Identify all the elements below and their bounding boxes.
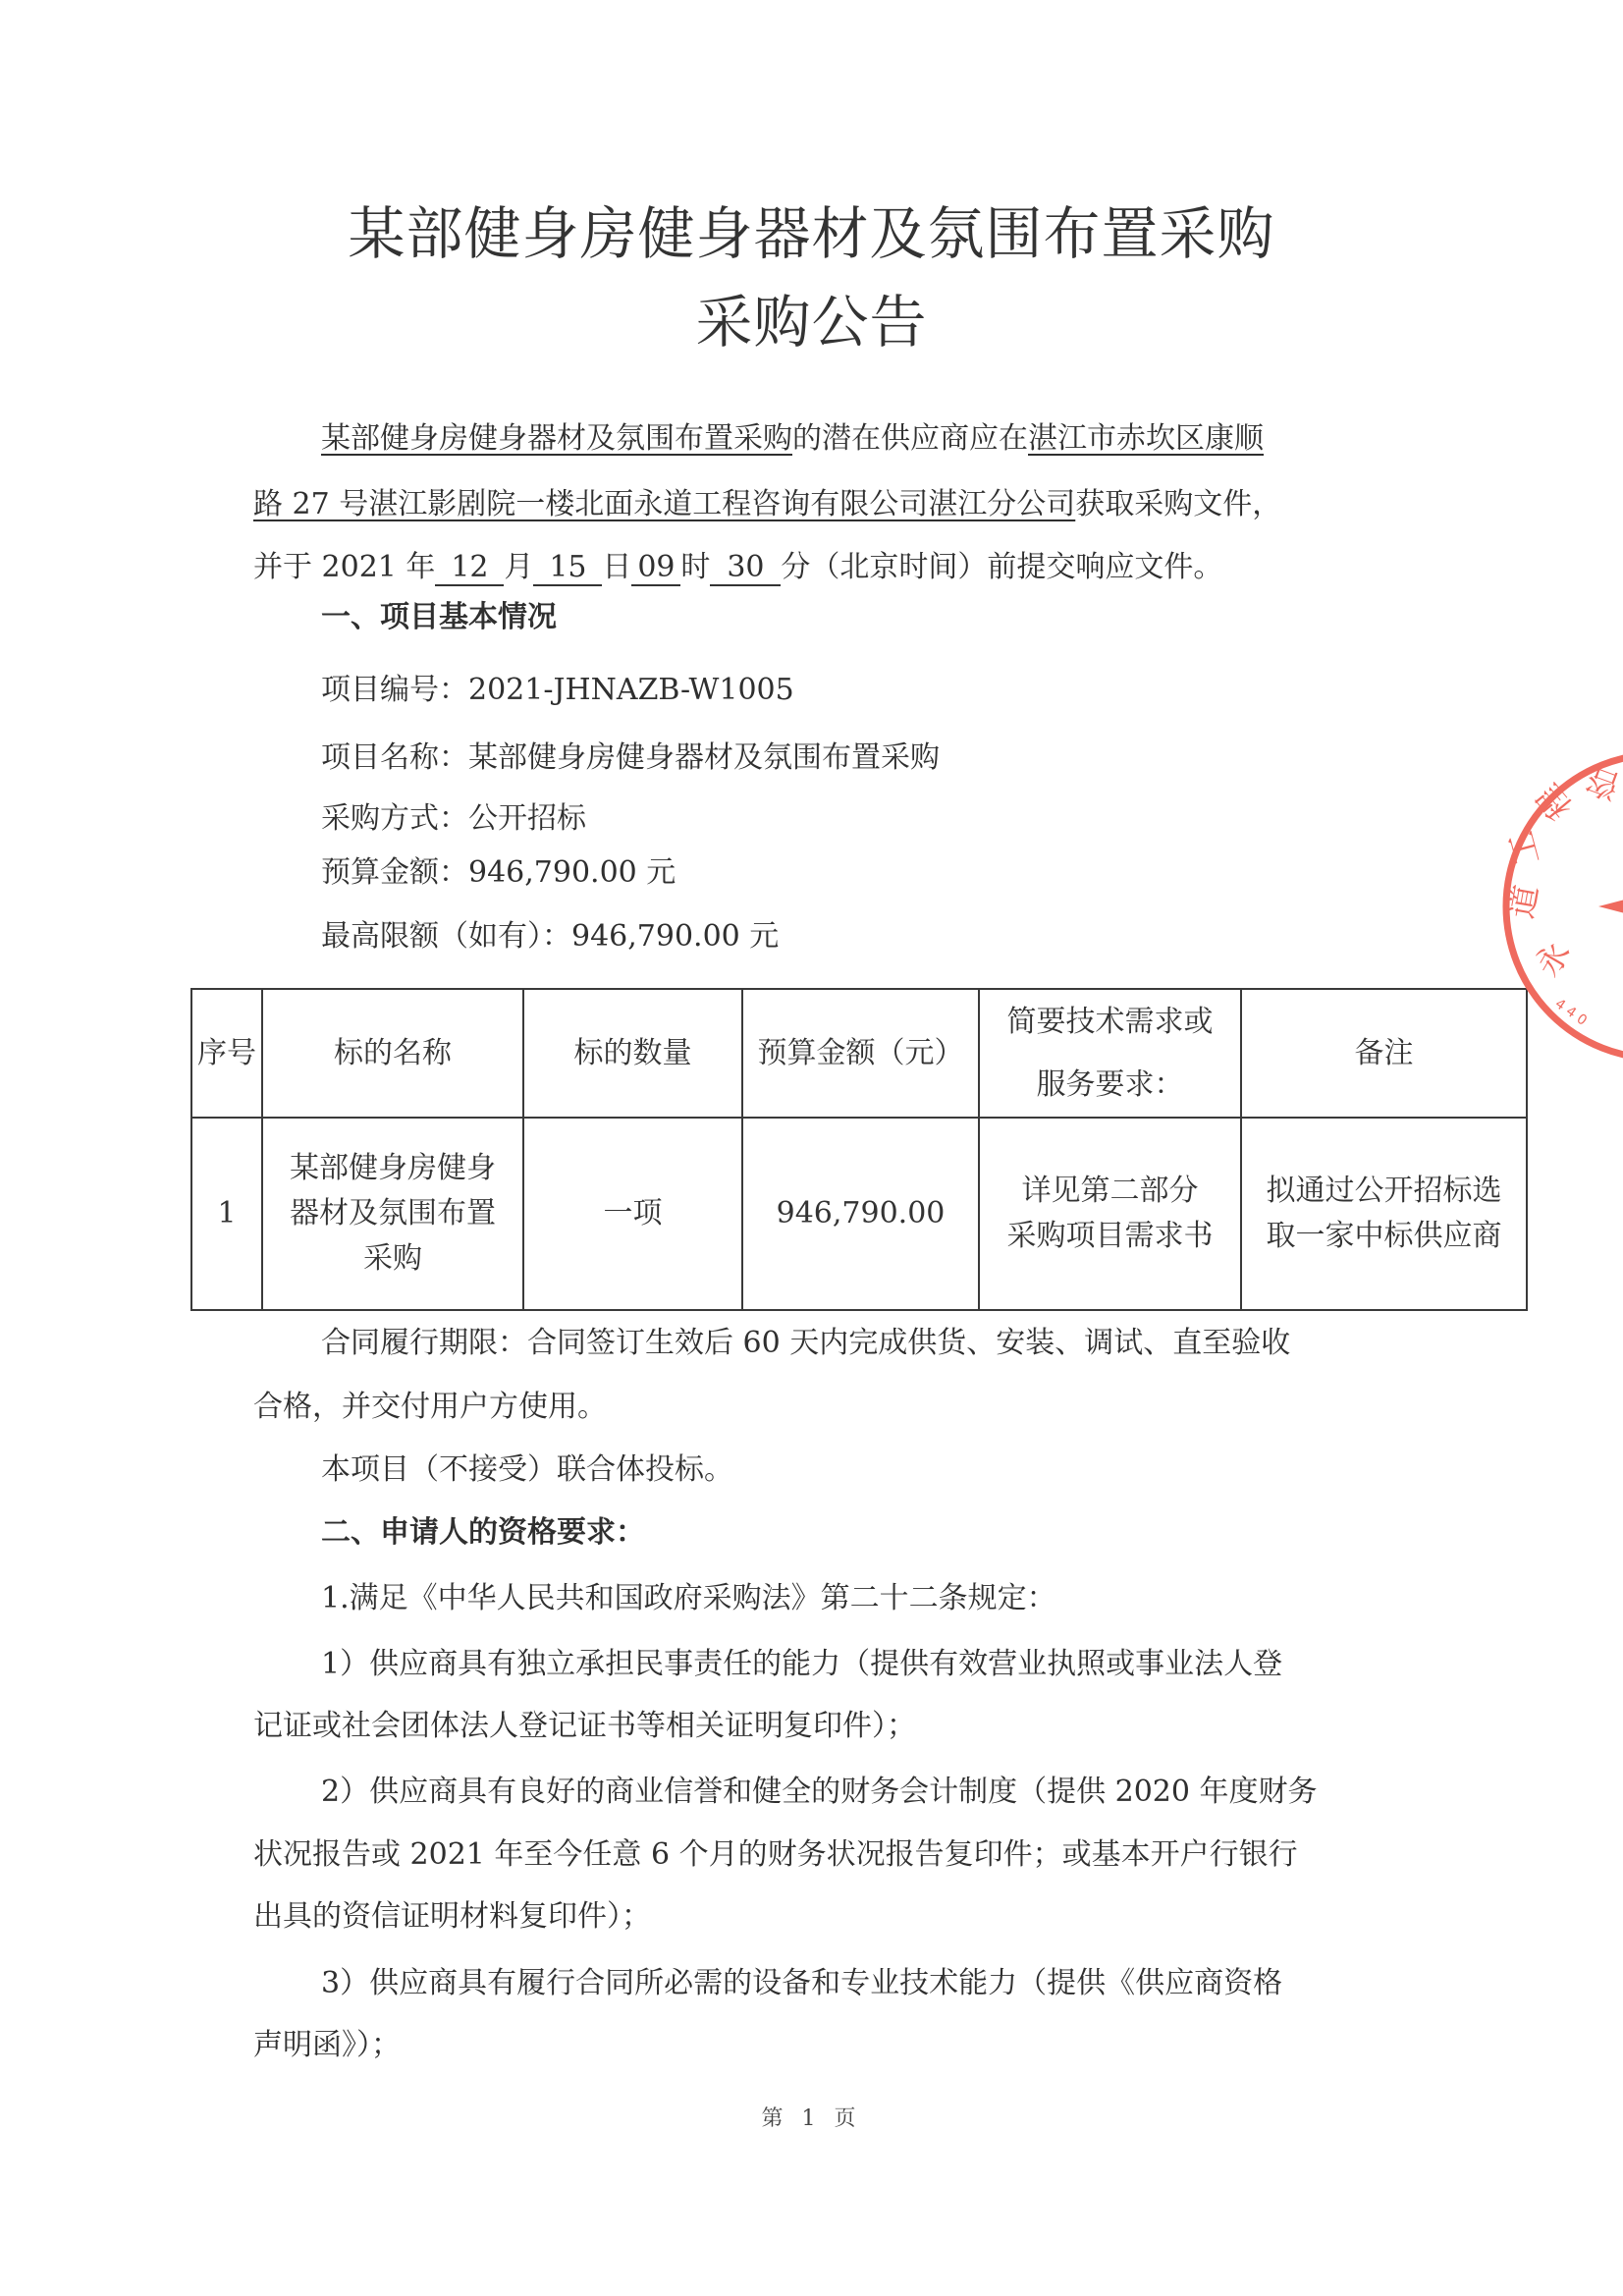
cell-line: 详见第二部分 [980, 1169, 1240, 1214]
qualification-sub3-line2: 声明函》）； [253, 2026, 1382, 2065]
field-label: 最高限额（如有）： [321, 919, 571, 954]
table-row: 1 某部健身房健身 器材及氛围布置 采购 一项 946,790.00 详见第二部… [191, 1118, 1527, 1310]
qualification-sub2-line3: 出具的资信证明材料复印件）； [253, 1897, 1382, 1937]
field-label: 项目编号： [321, 673, 468, 707]
day-unit: 日 [602, 550, 631, 584]
cell-line: 采购项目需求书 [980, 1214, 1240, 1259]
intro-line-2: 路 27 号湛江影剧院一楼北面永道工程咨询有限公司湛江分公司获取采购文件， [253, 485, 1382, 524]
field-budget: 预算金额：946,790.00 元 [321, 853, 1450, 893]
cell-requirements: 详见第二部分 采购项目需求书 [979, 1118, 1241, 1310]
cell-line: 某部健身房健身 [263, 1146, 522, 1191]
deadline-day: 15 [533, 551, 602, 586]
procurement-items-table: 序号 标的名称 标的数量 预算金额（元） 简要技术需求或 服务要求： 备注 1 … [190, 988, 1528, 1311]
svg-text:永: 永 [1528, 935, 1579, 983]
cell-line: 取一家中标供应商 [1242, 1214, 1526, 1259]
field-project-name: 项目名称：某部健身房健身器材及氛围布置采购 [321, 738, 1450, 778]
month-unit: 月 [504, 550, 533, 584]
cell-line: 采购 [263, 1236, 522, 1282]
cell-budget: 946,790.00 [742, 1118, 979, 1310]
svg-text:道: 道 [1501, 882, 1545, 921]
cell-index: 1 [191, 1118, 262, 1310]
project-name-underlined: 某部健身房健身器材及氛围布置采购 [321, 421, 792, 456]
col-header-quantity: 标的数量 [523, 989, 742, 1118]
svg-text:工: 工 [1501, 827, 1547, 869]
col-header-name: 标的名称 [262, 989, 523, 1118]
document-title-line2: 采购公告 [0, 288, 1623, 356]
address-underlined-part2: 路 27 号湛江影剧院一楼北面永道工程咨询有限公司湛江分公司 [253, 487, 1075, 521]
qualification-sub3-line1: 3）供应商具有履行合同所必需的设备和专业技术能力（提供《供应商资格 [321, 1964, 1450, 2003]
field-procurement-method: 采购方式：公开招标 [321, 799, 1450, 839]
field-value: 946,790.00 元 [468, 855, 676, 890]
intro-text-b: 获取采购文件， [1075, 487, 1281, 521]
cell-line: 器材及氛围布置 [263, 1191, 522, 1236]
intro-line-1: 某部健身房健身器材及氛围布置采购的潜在供应商应在湛江市赤坎区康顺 [321, 419, 1450, 459]
contract-period-line2: 合格，并交付用户方使用。 [253, 1388, 1382, 1427]
svg-text:程: 程 [1529, 776, 1580, 827]
field-max-limit: 最高限额（如有）：946,790.00 元 [321, 917, 1450, 957]
field-value: 某部健身房健身器材及氛围布置采购 [468, 740, 940, 775]
intro-text-a: 的潜在供应商应在 [792, 421, 1028, 456]
field-value: 2021-JHNAZB-W1005 [468, 673, 794, 707]
field-label: 采购方式： [321, 801, 468, 836]
svg-text:咨: 咨 [1581, 758, 1623, 806]
deadline-minute: 30 [710, 551, 781, 586]
document-title-line1: 某部健身房健身器材及氛围布置采购 [0, 199, 1623, 268]
cell-name: 某部健身房健身 器材及氛围布置 采购 [262, 1118, 523, 1310]
cell-remarks: 拟通过公开招标选 取一家中标供应商 [1241, 1118, 1527, 1310]
qualification-sub2-line1: 2）供应商具有良好的商业信誉和健全的财务会计制度（提供 2020 年度财务 [321, 1773, 1450, 1812]
intro-line-3-deadline: 并于 2021 年12月15日09时30分（北京时间）前提交响应文件。 [253, 548, 1382, 587]
field-value: 公开招标 [468, 801, 586, 836]
qualification-sub1-line1: 1）供应商具有独立承担民事责任的能力（提供有效营业执照或事业法人登 [321, 1645, 1450, 1684]
deadline-month: 12 [435, 551, 504, 586]
qualification-sub2-line2: 状况报告或 2021 年至今任意 6 个月的财务状况报告复印件；或基本开户行银行 [253, 1835, 1382, 1875]
qualification-item1: 1.满足《中华人民共和国政府采购法》第二十二条规定： [321, 1579, 1450, 1618]
qualification-sub1-line2: 记证或社会团体法人登记证书等相关证明复印件）； [253, 1707, 1382, 1746]
page-number: 第 1 页 [0, 2102, 1623, 2132]
col-header-index: 序号 [191, 989, 262, 1118]
section2-heading: 二、申请人的资格要求： [321, 1513, 1450, 1553]
consortium-statement: 本项目（不接受）联合体投标。 [321, 1450, 1450, 1490]
col-header-requirements: 简要技术需求或 服务要求： [979, 989, 1241, 1118]
hour-unit: 时 [680, 550, 710, 584]
table-header-row: 序号 标的名称 标的数量 预算金额（元） 简要技术需求或 服务要求： 备注 [191, 989, 1527, 1118]
minute-unit: 分（北京时间）前提交响应文件。 [781, 550, 1222, 584]
header-line: 简要技术需求或 [980, 991, 1240, 1054]
section1-heading: 一、项目基本情况 [321, 598, 1450, 637]
deadline-hour: 09 [631, 551, 680, 586]
cell-quantity: 一项 [523, 1118, 742, 1310]
field-value: 946,790.00 元 [571, 919, 779, 954]
field-label: 预算金额： [321, 855, 468, 890]
deadline-prefix: 并于 2021 年 [253, 550, 435, 584]
contract-period-line1: 合同履行期限：合同签订生效后 60 天内完成供货、安装、调试、直至验收 [321, 1324, 1450, 1363]
svg-text:4 4 0: 4 4 0 [1552, 996, 1590, 1029]
field-project-number: 项目编号：2021-JHNAZB-W1005 [321, 671, 1450, 710]
header-line: 服务要求： [980, 1054, 1240, 1117]
col-header-remarks: 备注 [1241, 989, 1527, 1118]
field-label: 项目名称： [321, 740, 468, 775]
address-underlined-part1: 湛江市赤坎区康顺 [1028, 421, 1264, 456]
document-page: 某部健身房健身器材及氛围布置采购 采购公告 某部健身房健身器材及氛围布置采购的潜… [0, 0, 1623, 2296]
col-header-budget: 预算金额（元） [742, 989, 979, 1118]
cell-line: 拟通过公开招标选 [1242, 1169, 1526, 1214]
